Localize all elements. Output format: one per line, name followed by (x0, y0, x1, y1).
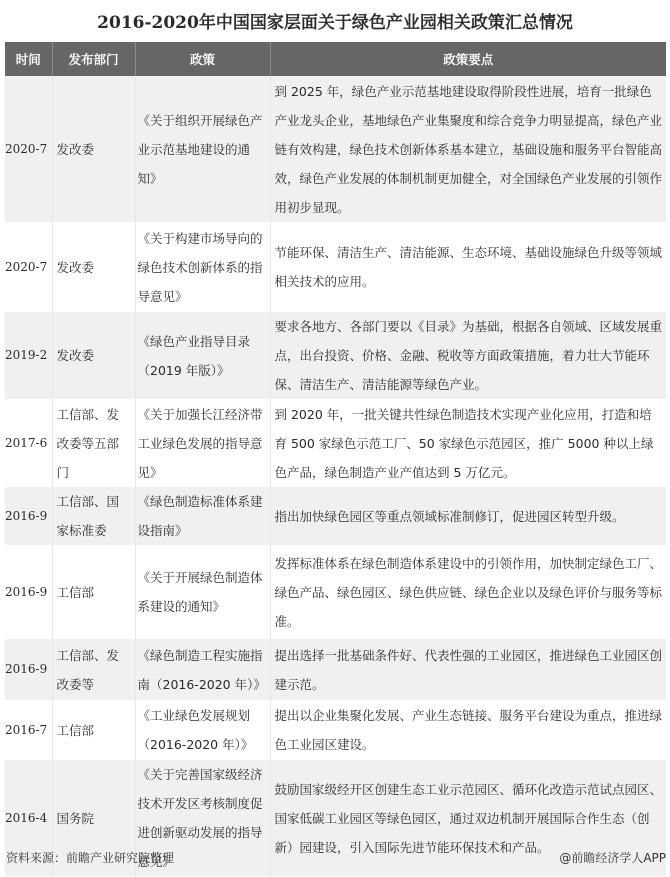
cell-dept: 工信部 (52, 545, 135, 639)
table-row: 2016-9 工信部、发改委等 《绿色制造工程实施指南（2016-2020 年）… (5, 639, 666, 700)
cell-time: 2016-9 (5, 639, 52, 700)
cell-points: 指出加快绿色园区等重点领域标准制修订，促进园区转型升级。 (270, 487, 666, 545)
source-note: 资料来源：前瞻产业研究院整理 (6, 849, 174, 866)
table-row: 2020-7 发改委 《关于组织开展绿色产业示范基地建设的通知》 到 2025 … (5, 76, 666, 222)
cell-time: 2020-7 (5, 222, 52, 312)
header-time: 时间 (5, 42, 52, 76)
cell-time: 2019-2 (5, 312, 52, 399)
header-policy: 政策 (135, 42, 270, 76)
table-row: 2016-9 工信部、国家标准委 《绿色制造标准体系建设指南》 指出加快绿色园区… (5, 487, 666, 545)
cell-policy: 《关于组织开展绿色产业示范基地建设的通知》 (135, 76, 270, 222)
cell-policy: 《关于开展绿色制造体系建设的通知》 (135, 545, 270, 639)
cell-dept: 发改委 (52, 76, 135, 222)
cell-points: 到 2020 年，一批关键共性绿色制造技术实现产业化应用，打造和培育 500 家… (270, 399, 666, 487)
cell-dept: 工信部、发改委等 (52, 639, 135, 700)
cell-policy: 《关于构建市场导向的绿色技术创新体系的指导意见》 (135, 222, 270, 312)
table-row: 2016-7 工信部 《工业绿色发展规划（2016-2020 年）》 提出以企业… (5, 700, 666, 760)
table-row: 2020-7 发改委 《关于构建市场导向的绿色技术创新体系的指导意见》 节能环保… (5, 222, 666, 312)
cell-policy: 《绿色产业指导目录（2019 年版）》 (135, 312, 270, 399)
table-row: 2019-2 发改委 《绿色产业指导目录（2019 年版）》 要求各地方、各部门… (5, 312, 666, 399)
table-row: 2016-9 工信部 《关于开展绿色制造体系建设的通知》 发挥标准体系在绿色制造… (5, 545, 666, 639)
cell-points: 节能环保、清洁生产、清洁能源、生态环境、基础设施绿色升级等领域相关技术的应用。 (270, 222, 666, 312)
cell-policy: 《工业绿色发展规划（2016-2020 年）》 (135, 700, 270, 760)
cell-points: 发挥标准体系在绿色制造体系建设中的引领作用，加快制定绿色工厂、绿色产品、绿色园区… (270, 545, 666, 639)
cell-time: 2020-7 (5, 76, 52, 222)
cell-dept: 工信部、国家标准委 (52, 487, 135, 545)
page-title: 2016-2020年中国国家层面关于绿色产业园相关政策汇总情况 (0, 8, 670, 33)
table-header-row: 时间 发布部门 政策 政策要点 (5, 42, 666, 76)
policy-table: 时间 发布部门 政策 政策要点 2020-7 发改委 《关于组织开展绿色产业示范… (5, 42, 666, 876)
cell-points: 提出以企业集聚化发展、产业生态链接、服务平台建设为重点，推进绿色工业园区建设。 (270, 700, 666, 760)
cell-dept: 工信部、发改委等五部门 (52, 399, 135, 487)
header-points: 政策要点 (270, 42, 666, 76)
credit-watermark: @前瞻经济学人APP (559, 849, 666, 866)
cell-dept: 发改委 (52, 222, 135, 312)
cell-time: 2016-9 (5, 487, 52, 545)
table-row: 2017-6 工信部、发改委等五部门 《关于加强长江经济带工业绿色发展的指导意见… (5, 399, 666, 487)
cell-policy: 《绿色制造标准体系建设指南》 (135, 487, 270, 545)
cell-points: 要求各地方、各部门要以《目录》为基础，根据各自领域、区域发展重点，出台投资、价格… (270, 312, 666, 399)
cell-dept: 工信部 (52, 700, 135, 760)
cell-time: 2017-6 (5, 399, 52, 487)
cell-points: 到 2025 年，绿色产业示范基地建设取得阶段性进展，培育一批绿色产业龙头企业，… (270, 76, 666, 222)
cell-policy: 《关于加强长江经济带工业绿色发展的指导意见》 (135, 399, 270, 487)
cell-dept: 发改委 (52, 312, 135, 399)
header-dept: 发布部门 (52, 42, 135, 76)
cell-time: 2016-9 (5, 545, 52, 639)
cell-time: 2016-7 (5, 700, 52, 760)
cell-policy: 《绿色制造工程实施指南（2016-2020 年）》 (135, 639, 270, 700)
cell-points: 提出选择一批基础条件好、代表性强的工业园区，推进绿色工业园区创建示范。 (270, 639, 666, 700)
